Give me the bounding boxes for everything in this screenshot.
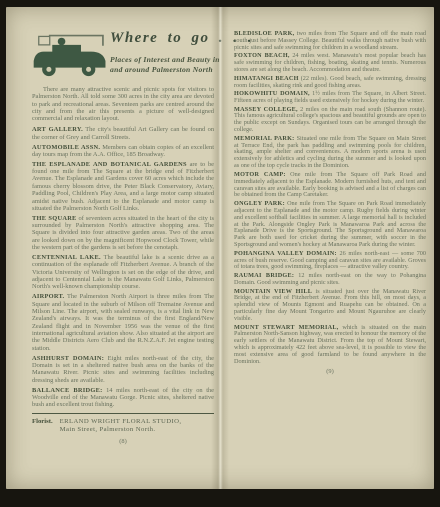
entry-paragraph: BALLANCE BRIDGE: 14 miles north-east of … bbox=[32, 387, 214, 409]
entry-text: One mile from The Square on Park Road im… bbox=[234, 200, 426, 248]
page-right: BLEDISLOE PARK, two miles from The Squar… bbox=[234, 31, 426, 375]
vintage-car-icon bbox=[32, 31, 108, 79]
right-entries: BLEDISLOE PARK, two miles from The Squar… bbox=[234, 31, 426, 366]
entry-name: BALLANCE BRIDGE: bbox=[32, 387, 102, 394]
florist-text: ERLAND WRIGHT FLORAL STUDIO, Main Street… bbox=[60, 418, 188, 434]
left-entries: ART GALLERY. The city's beautiful Art Ga… bbox=[32, 126, 214, 409]
entry-text: which is situated on the main Palmerston… bbox=[234, 324, 426, 365]
entry-text: The Palmerston North Airport is three mi… bbox=[32, 293, 214, 351]
entry-name: THE ESPLANADE AND BOTANICAL GARDENS bbox=[32, 161, 187, 168]
entry-name: ASHHURST DOMAIN: bbox=[32, 355, 104, 362]
page-number-left: (8) bbox=[32, 438, 214, 445]
entry-paragraph: AIRPORT. The Palmerston North Airport is… bbox=[32, 293, 214, 352]
entry-paragraph: ONGLEY PARK: One mile from The Square on… bbox=[234, 201, 426, 249]
intro-paragraph: There are many attractive scenic and pic… bbox=[32, 86, 214, 123]
entry-paragraph: BLEDISLOE PARK, two miles from The Squar… bbox=[234, 31, 426, 52]
entry-name: ART GALLERY. bbox=[32, 126, 83, 133]
page-header: Where to go . . . Places of Interest and… bbox=[32, 27, 214, 79]
page-subtitle: Places of Interest and Beauty in and aro… bbox=[110, 55, 253, 74]
page-left: Where to go . . . Places of Interest and… bbox=[32, 27, 214, 445]
entry-paragraph: HOKOWHITU DOMAIN, 1½ miles from The Squa… bbox=[234, 91, 426, 105]
booklet-spread: Where to go . . . Places of Interest and… bbox=[6, 7, 434, 489]
entry-paragraph: MOUNTAIN VIEW HILL is situated just over… bbox=[234, 289, 426, 323]
florist-label: Florist. bbox=[32, 418, 53, 434]
entry-name: CENTENNIAL LAKE. bbox=[32, 254, 101, 261]
entry-paragraph: THE ESPLANADE AND BOTANICAL GARDENS are … bbox=[32, 161, 214, 212]
footer-divider bbox=[32, 413, 214, 414]
entry-paragraph: CENTENNIAL LAKE. The beautiful lake is a… bbox=[32, 254, 214, 291]
subtitle-line-2: and around Palmerston North bbox=[110, 65, 213, 74]
entry-paragraph: HIMATANGI BEACH (22 miles). Good beach, … bbox=[234, 76, 426, 90]
entry-name: AIRPORT. bbox=[32, 293, 64, 300]
entry-paragraph: THE SQUARE of seventeen acres situated i… bbox=[32, 215, 214, 252]
entry-text: are to be found one mile from The Square… bbox=[32, 161, 214, 212]
entry-paragraph: MOUNT STEWART MEMORIAL, which is situate… bbox=[234, 325, 426, 366]
entry-paragraph: POHANGINA VALLEY DOMAIN: 26 miles north-… bbox=[234, 251, 426, 272]
entry-paragraph: ASHHURST DOMAIN: Eight miles north-east … bbox=[32, 355, 214, 384]
entry-paragraph: MEMORIAL PARK: Situated one mile from Th… bbox=[234, 136, 426, 170]
page-title: Where to go . . . bbox=[110, 30, 253, 47]
entry-name: AUTOMOBILE ASSN. bbox=[32, 144, 100, 151]
entry-paragraph: FOXTON BEACH, 24 miles west. Manawatu's … bbox=[234, 53, 426, 74]
entry-name: THE SQUARE bbox=[32, 215, 77, 222]
entry-paragraph: ART GALLERY. The city's beautiful Art Ga… bbox=[32, 126, 214, 141]
entry-paragraph: AUTOMOBILE ASSN. Members can obtain copi… bbox=[32, 144, 214, 159]
entry-paragraph: MOTOR CAMP: One mile from The Square off… bbox=[234, 172, 426, 199]
header-text: Where to go . . . Places of Interest and… bbox=[108, 27, 253, 74]
entry-paragraph: RAUMAI BRIDGE: 12 miles north-east on th… bbox=[234, 273, 426, 287]
entry-paragraph: MASSEY COLLEGE, 2 miles on the main road… bbox=[234, 107, 426, 134]
page-number-right: (9) bbox=[234, 368, 426, 375]
subtitle-line-1: Places of Interest and Beauty in bbox=[110, 55, 220, 64]
florist-advert: Florist. ERLAND WRIGHT FLORAL STUDIO, Ma… bbox=[32, 418, 214, 434]
